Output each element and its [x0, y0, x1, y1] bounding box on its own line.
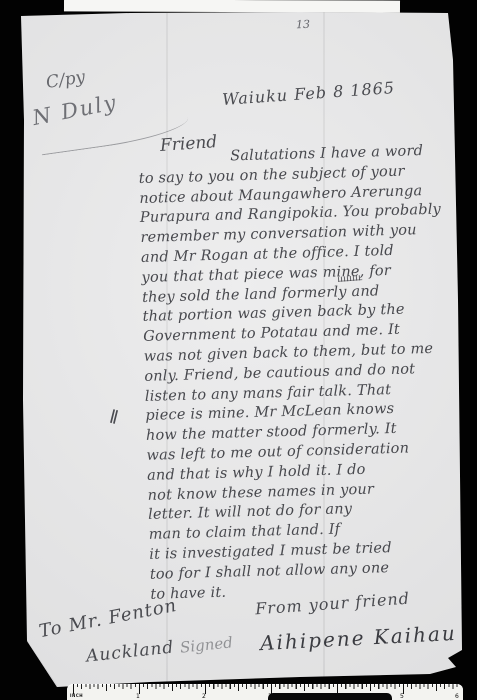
dark-object-over-ruler [268, 693, 392, 700]
previous-page-edge [64, 0, 400, 13]
scanned-letter-photograph: 13 C/py N Duly Waiuku Feb 8 1865 Friend … [0, 0, 477, 700]
ruler-number: 2 [202, 693, 206, 700]
letter-body: Salutations I have a word to say to you … [138, 141, 477, 605]
inch-ruler: INCH 1 2 3 4 5 6 [67, 684, 463, 700]
ruler-number: 6 [455, 693, 459, 700]
page-number: 13 [296, 18, 310, 31]
ruler-number: 5 [400, 693, 404, 700]
ruler-number: 1 [136, 693, 140, 700]
ruler-inch-label: INCH [70, 693, 83, 698]
folded-corner [27, 636, 59, 688]
